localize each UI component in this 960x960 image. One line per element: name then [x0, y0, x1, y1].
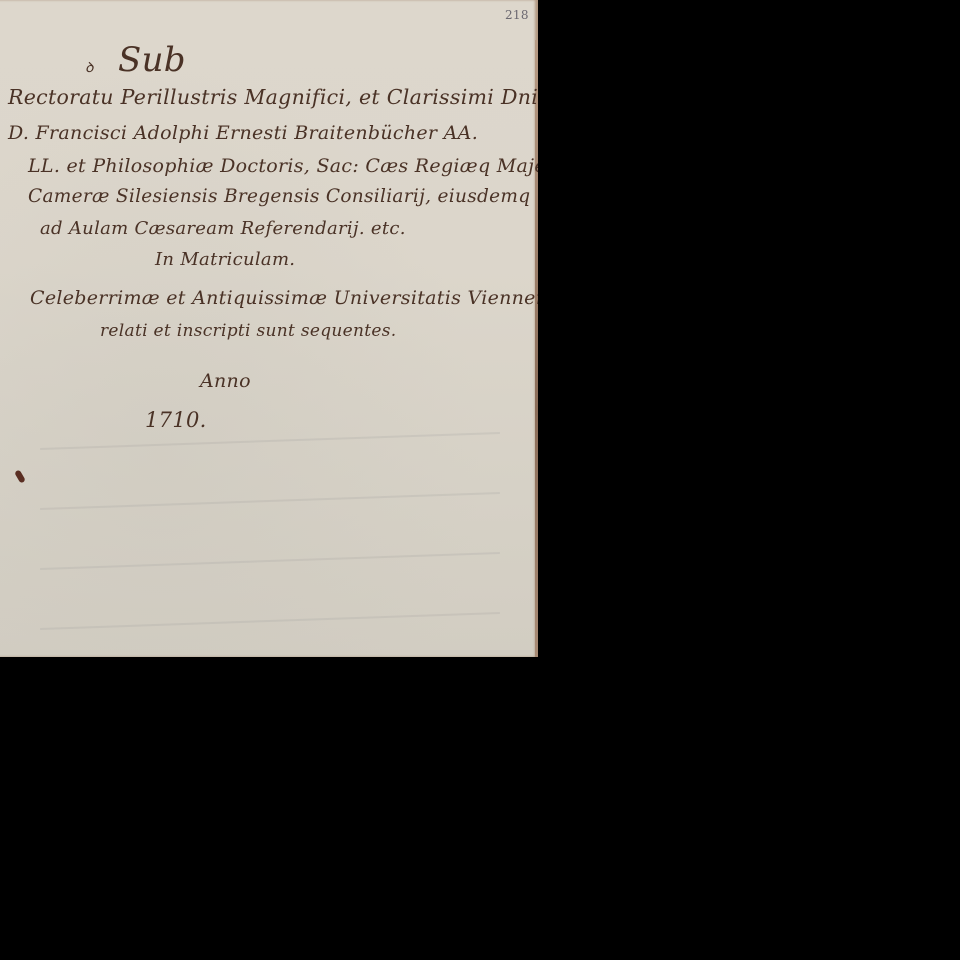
- year-label: Anno: [200, 370, 251, 392]
- manuscript-page: 218 ꝺ Sub Rectoratu Perillustris Magnifi…: [0, 0, 538, 657]
- ink-bleed-through: [40, 492, 500, 510]
- text-line: Rectoratu Perillustris Magnifici, et Cla…: [8, 85, 538, 109]
- ink-bleed-through: [40, 432, 500, 450]
- year-value: 1710.: [145, 408, 207, 432]
- text-line: D. Francisci Adolphi Ernesti Braitenbüch…: [8, 122, 478, 144]
- section-title: In Matriculam.: [155, 249, 295, 270]
- ink-bleed-through: [40, 552, 500, 570]
- text-line: LL. et Philosophiæ Doctoris, Sac: Cæs Re…: [28, 155, 538, 177]
- decorative-flourish-icon: ꝺ: [85, 58, 94, 77]
- text-line: Celeberrimæ et Antiquissimæ Universitati…: [30, 287, 538, 309]
- ink-blot: [14, 469, 26, 483]
- page-edge: [535, 40, 538, 657]
- text-line: relati et inscripti sunt sequentes.: [100, 321, 396, 341]
- text-line: ad Aulam Cæsaream Referendarij. etc.: [40, 218, 406, 239]
- text-line: Cameræ Silesiensis Bregensis Consiliarij…: [28, 186, 530, 207]
- ink-bleed-through: [40, 612, 500, 630]
- heading: Sub: [118, 40, 186, 80]
- folio-number: 218: [505, 8, 529, 22]
